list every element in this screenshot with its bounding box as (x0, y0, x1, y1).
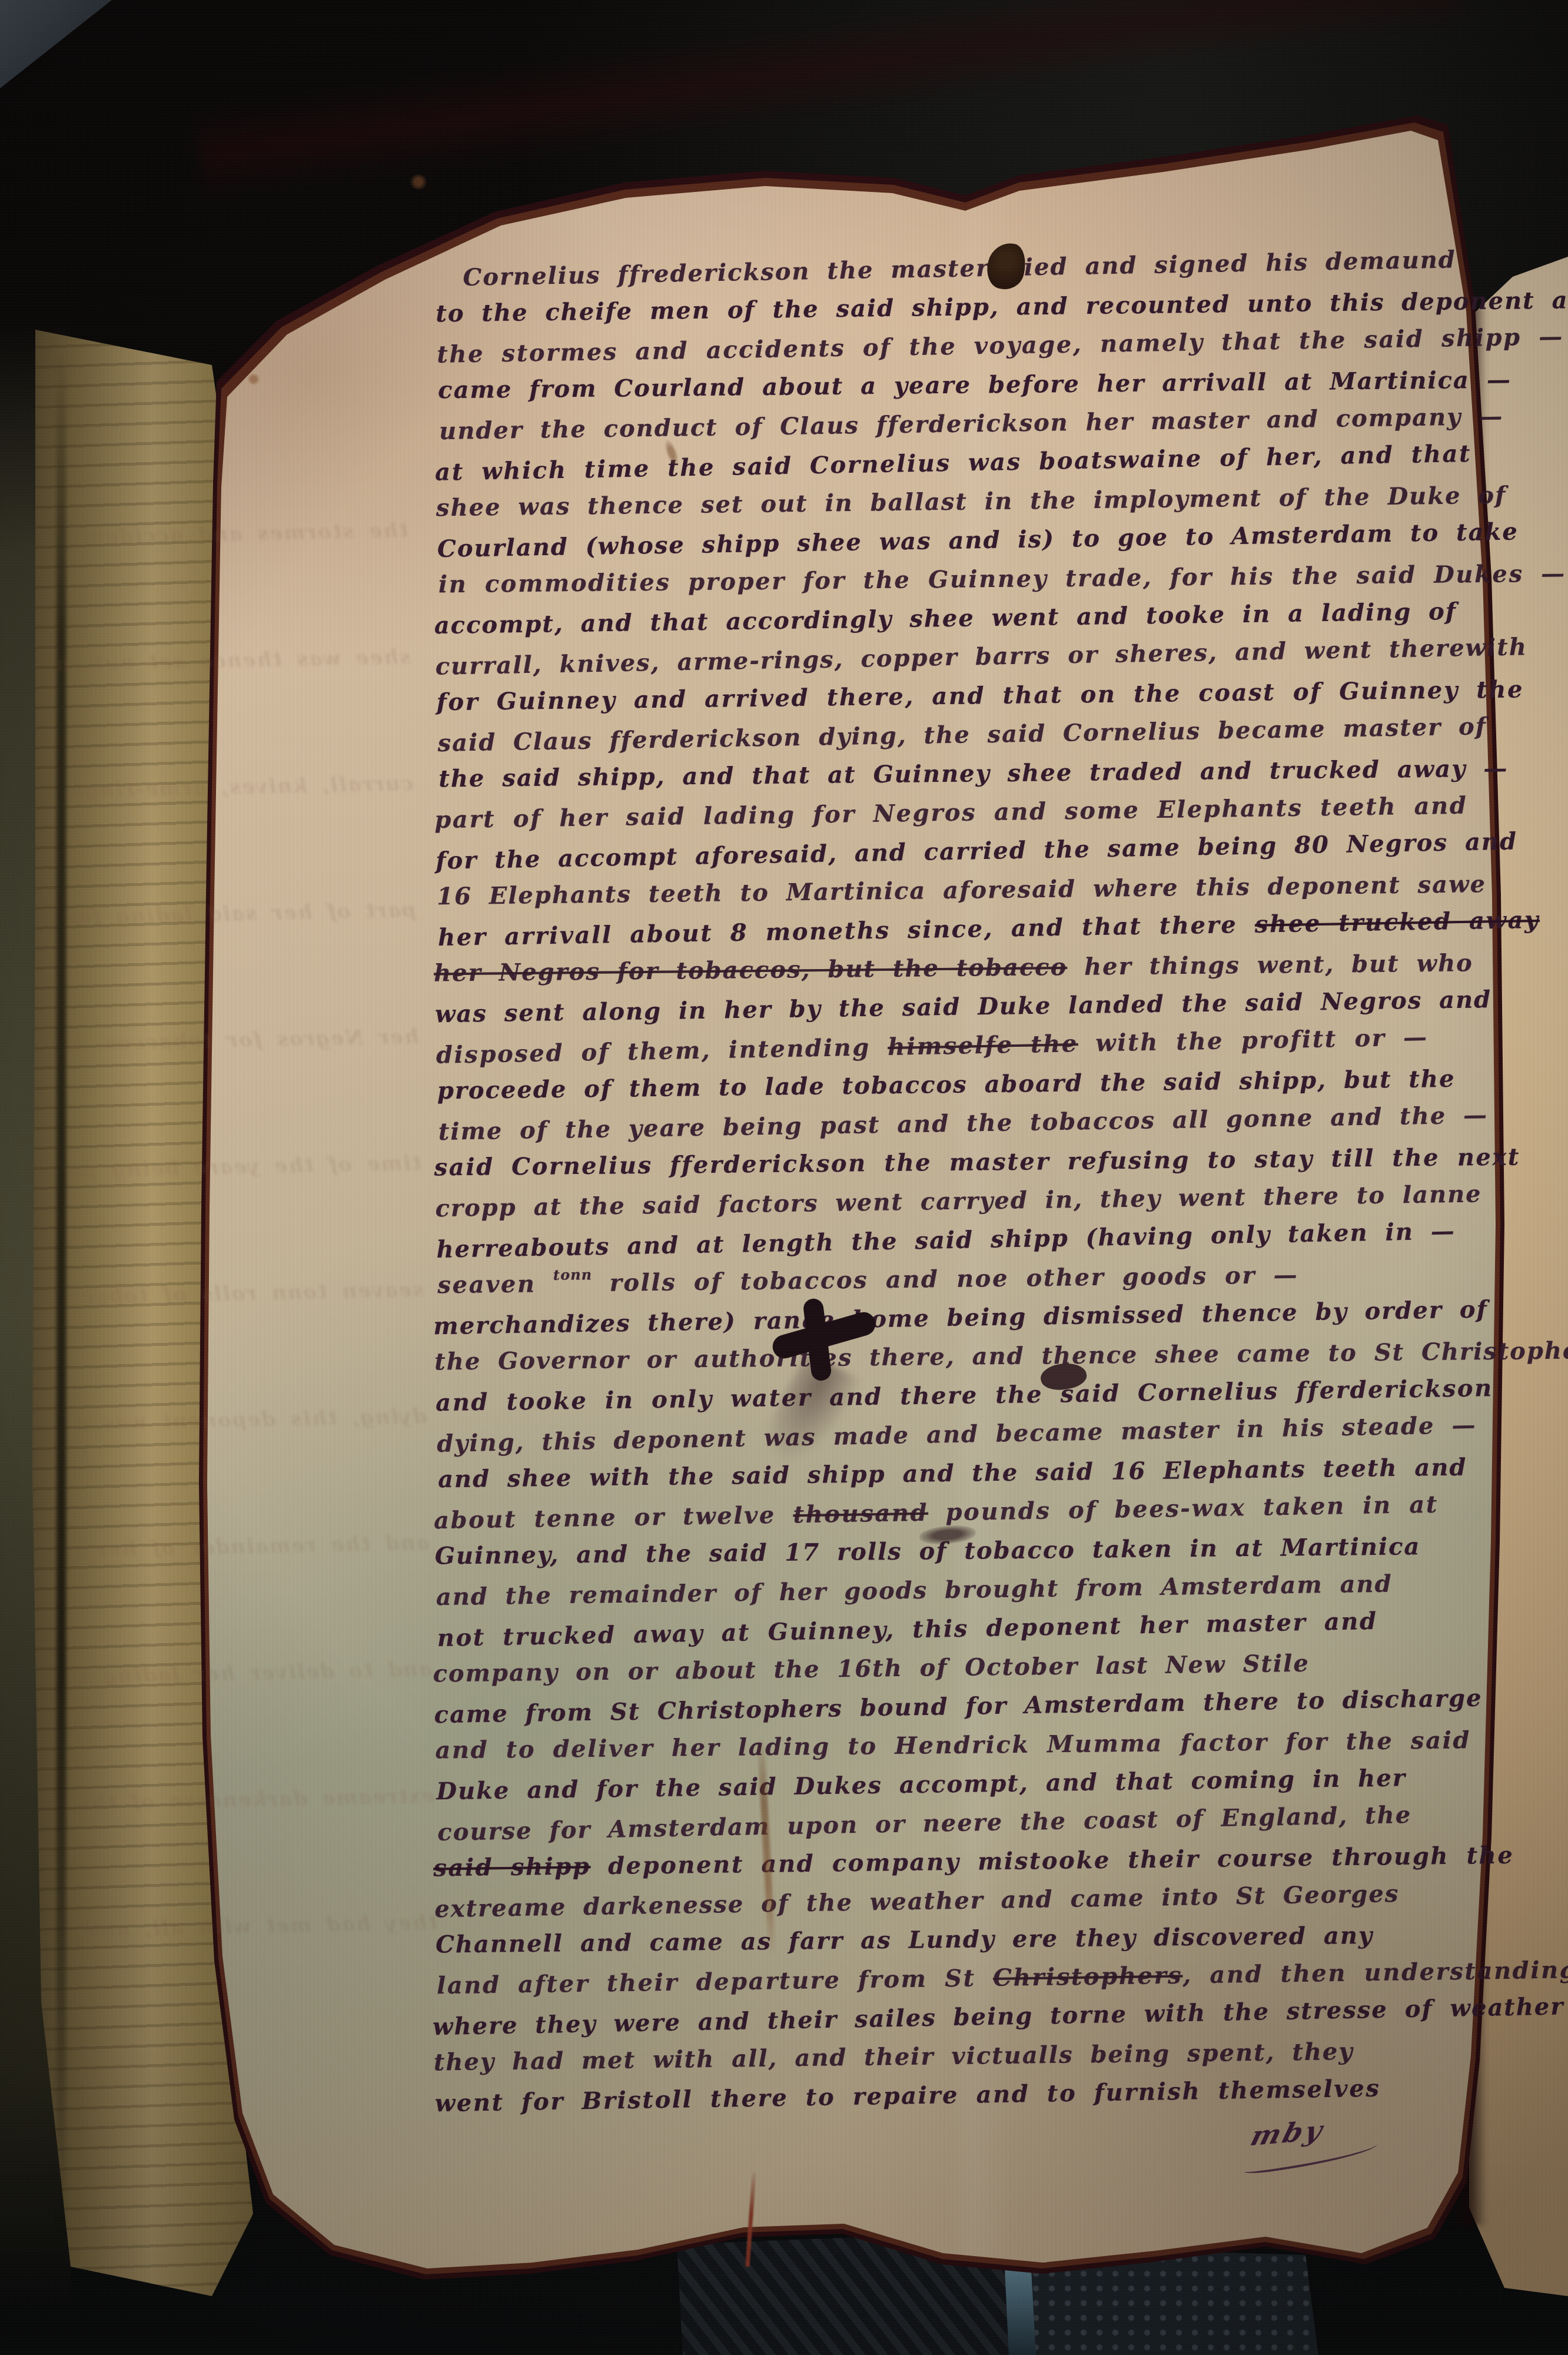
show-through-line: shee was thence set out in ballast in th… (57, 594, 412, 728)
manuscript-word-run: her things went, but who (1067, 949, 1473, 981)
struck-text: Christophers (993, 1962, 1183, 1992)
manuscript-word-run: and to deliver her lading to Hendrick Mu… (435, 1726, 1471, 1764)
inserted-word: tonn (553, 1266, 592, 1283)
manuscript-word-run: the said shipp, and that at Guinney shee… (438, 755, 1508, 793)
manuscript-word-run: land after their departure from St (437, 1964, 994, 1999)
manuscript-word-run: deponent and company mistooke their cour… (590, 1842, 1514, 1880)
manuscript-word-run: company on or about the 16th of October … (433, 1650, 1310, 1688)
manuscript-word-run: rolls of tobaccos and noe other goods or… (592, 1261, 1299, 1297)
manuscript-word-run: they had met with all, and their victual… (434, 2038, 1354, 2077)
struck-text: himselfe the (888, 1030, 1078, 1061)
show-through-line: they had met with all, and their victual… (83, 1860, 438, 1994)
manuscript-word-run: her arrivall about 8 moneths since, and … (438, 911, 1255, 951)
show-through-line: dying, this deponent was made and became… (72, 1354, 428, 1488)
manuscript-word-run: disposed of them, intending (436, 1033, 888, 1069)
manuscript-word-run: pounds of bees-wax taken in at (928, 1491, 1439, 1527)
manuscript-word-run: seaven (437, 1270, 553, 1299)
show-through-line: seaven tonn rolls of tobaccos and noe ot… (69, 1227, 425, 1361)
struck-text: shee trucked away (1254, 906, 1540, 938)
show-through-line: and the remainder of her goods brought f… (75, 1480, 430, 1614)
manuscript-word-run: said Cornelius fferderickson the master … (434, 1143, 1520, 1181)
manuscript-word-run: , and then understanding (1182, 1956, 1568, 1989)
manuscript-word-run: with the profitt or — (1078, 1023, 1429, 1057)
struck-text: her Negros for tobaccos, but the tobacco (434, 953, 1068, 987)
show-through-line: and to deliver her lading to Hendrick Mu… (78, 1607, 433, 1741)
show-through-line: time of the yeare being past and the tob… (67, 1100, 423, 1235)
show-through-line: part of her said lading for Negros and s… (62, 847, 417, 981)
show-through-line: currall, knives, arme-rings, copper barr… (59, 721, 414, 855)
struck-text: said shipp (433, 1852, 591, 1882)
rust-spot (410, 174, 427, 190)
manuscript-word-run: Channell and came as farr as Lundy ere t… (436, 1922, 1374, 1959)
manuscript-word-run: came from Courland about a yeare before … (438, 366, 1511, 404)
struck-text: thousand (793, 1499, 928, 1529)
manuscript-word-run: about tenne or twelve (434, 1501, 793, 1534)
manuscript-word-run: extreame darkenesse of the weather and c… (434, 1880, 1400, 1923)
show-through-text: the stormes and accidents of the voyage,… (54, 467, 440, 2094)
show-through-line: the stormes and accidents of the voyage,… (54, 467, 409, 602)
manuscript-text: Cornelius ffrederickson the master died … (437, 242, 1499, 2121)
show-through-line: extreame darkenesse of the weather and c… (80, 1733, 436, 1868)
rust-spot (247, 373, 260, 385)
show-through-line: her Negros for tobaccos, but the tobacco… (64, 974, 420, 1108)
